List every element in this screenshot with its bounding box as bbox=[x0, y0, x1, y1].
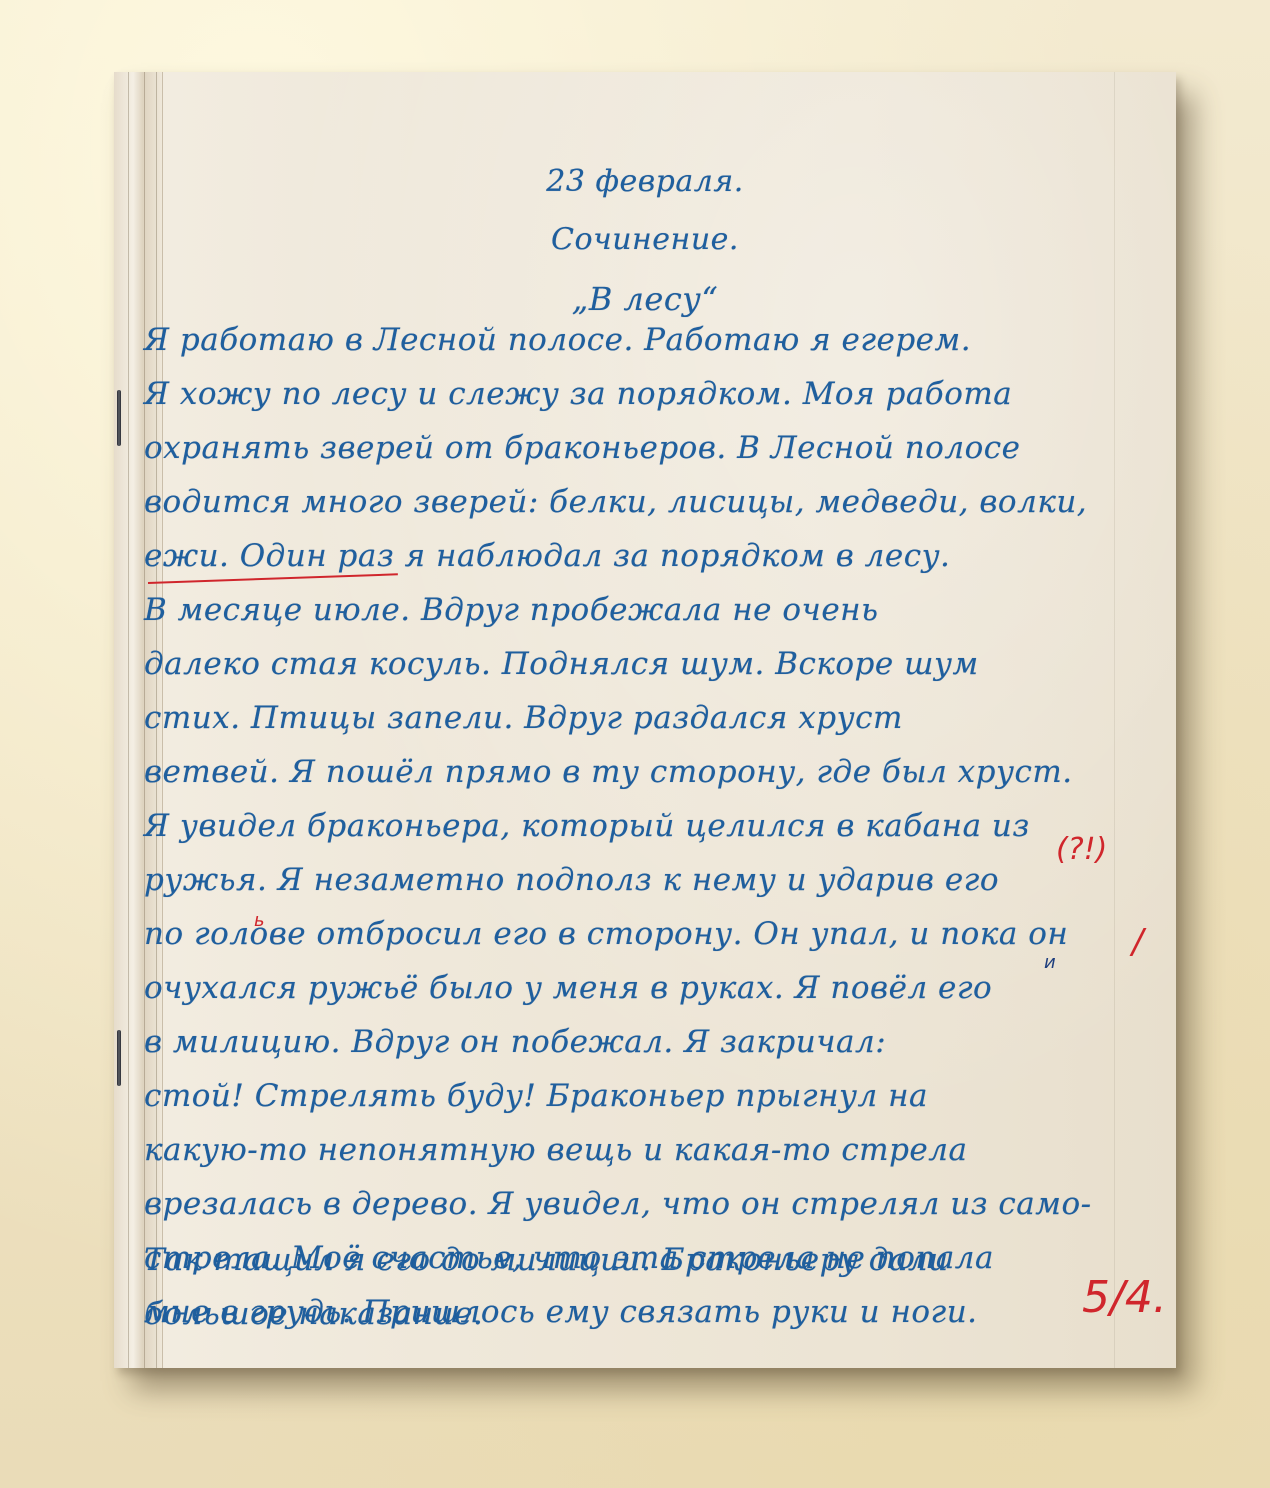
teacher-correction-letter: и bbox=[1044, 952, 1056, 973]
essay-line-2: Я хожу по лесу и слежу за порядком. Моя … bbox=[144, 376, 1012, 412]
essay-line-14: в милицию. Вдруг он побежал. Я закричал: bbox=[144, 1024, 886, 1060]
essay-line-21: большое наказание. bbox=[144, 1296, 483, 1332]
essay-line-9: ветвей. Я пошёл прямо в ту сторону, где … bbox=[144, 754, 1073, 790]
essay-title: „В лесу“ bbox=[114, 280, 1176, 318]
red-strikethrough bbox=[148, 573, 398, 584]
teacher-correction-soft-sign: ь bbox=[254, 910, 265, 931]
staple-icon bbox=[117, 1030, 121, 1086]
essay-line-12: по голове отбросил его в сторону. Он упа… bbox=[144, 916, 1068, 952]
essay-line-10: Я увидел браконьера, который целился в к… bbox=[144, 808, 1030, 844]
essay-date: 23 февраля. bbox=[114, 164, 1176, 199]
essay-line-17: врезалась в дерево. Я увидел, что он стр… bbox=[144, 1186, 1092, 1222]
essay-type: Сочинение. bbox=[114, 222, 1176, 257]
essay-line-4: водится много зверей: белки, лисицы, мед… bbox=[144, 484, 1087, 520]
page-crease bbox=[128, 72, 129, 1368]
essay-line-15: стой! Стрелять буду! Браконьер прыгнул н… bbox=[144, 1078, 928, 1114]
essay-line-16: какую-то непонятную вещь и какая-то стре… bbox=[144, 1132, 968, 1168]
essay-line-11: ружья. Я незаметно подполз к нему и удар… bbox=[144, 862, 999, 898]
essay-line-6: В месяце июле. Вдруг пробежала не очень bbox=[144, 592, 878, 628]
teacher-grade: 5/4. bbox=[1082, 1272, 1167, 1323]
page-crease bbox=[1114, 72, 1115, 1368]
essay-line-8: стих. Птицы запели. Вдруг раздался хруст bbox=[144, 700, 903, 736]
teacher-margin-tick: / bbox=[1132, 922, 1143, 962]
essay-line-13: очухался ружьё было у меня в руках. Я по… bbox=[144, 970, 992, 1006]
teacher-margin-note: (?!) bbox=[1056, 832, 1107, 867]
staple-icon bbox=[117, 390, 121, 446]
notebook-page: 23 февраля. Сочинение. „В лесу“ Я работа… bbox=[114, 72, 1176, 1368]
essay-line-3: охранять зверей от браконьеров. В Лесной… bbox=[144, 430, 1020, 466]
essay-line-5: ежи. Один раз я наблюдал за порядком в л… bbox=[144, 538, 950, 574]
essay-line-7: далеко стая косуль. Поднялся шум. Вскоре… bbox=[144, 646, 979, 682]
essay-line-20: Так тащил я его до милиции. Браконьеру д… bbox=[144, 1242, 949, 1278]
essay-line-1: Я работаю в Лесной полосе. Работаю я еге… bbox=[144, 322, 971, 358]
